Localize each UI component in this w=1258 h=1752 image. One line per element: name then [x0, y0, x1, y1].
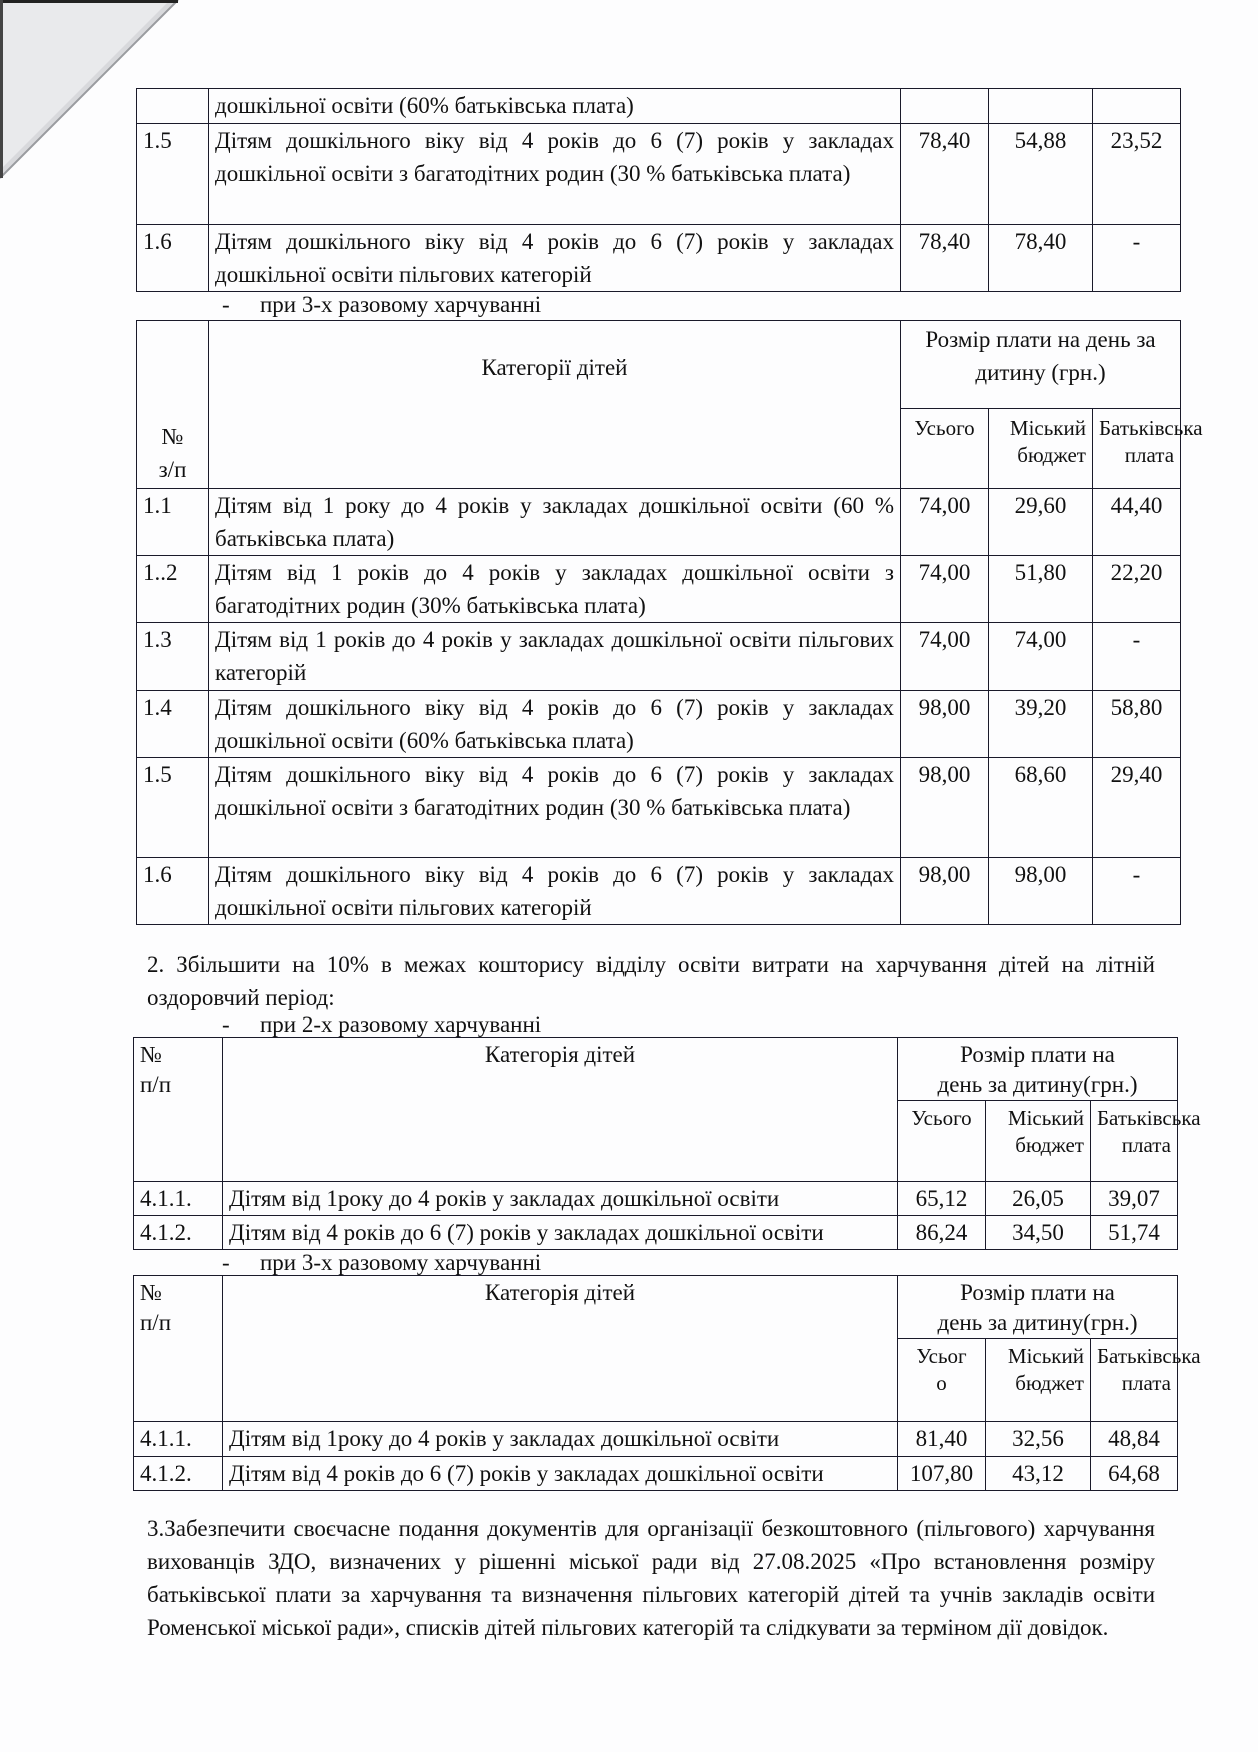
- row-number: 4.1.1.: [134, 1422, 223, 1457]
- row-category: Дітям від 1року до 4 років у закладах до…: [223, 1182, 898, 1216]
- summer-fee-table-two-meals: № п/п Категорія дітей Розмір плати на де…: [133, 1037, 1178, 1250]
- bullet-three-meals-summer: -при 3-х разовому харчуванні: [222, 1248, 541, 1278]
- row-category: Дітям від 1 року до 4 років у закладах д…: [209, 489, 901, 556]
- summer-fee-table-three-meals: № п/п Категорія дітей Розмір плати на де…: [133, 1275, 1178, 1491]
- row-total: [901, 89, 989, 124]
- header-fee-group: Розмір плати на день за дитину(грн.): [898, 1038, 1178, 1101]
- row-category: дошкільної освіти (60% батьківська плата…: [209, 89, 901, 124]
- row-total: 86,24: [898, 1216, 986, 1250]
- row-total: 98,00: [901, 858, 989, 925]
- row-category: Дітям від 4 років до 6 (7) років у закла…: [223, 1216, 898, 1250]
- row-parent-fee: 64,68: [1091, 1457, 1178, 1491]
- header-fee-group-text: Розмір плати на день за дитину(грн.): [938, 1278, 1138, 1338]
- row-number: 1.6: [137, 225, 209, 292]
- bullet-text: при 3-х разовому харчуванні: [260, 1250, 541, 1275]
- row-category: Дітям дошкільного віку від 4 років до 6 …: [209, 691, 901, 758]
- header-number: № з/п: [137, 321, 209, 489]
- header-total: Усього: [901, 409, 989, 489]
- header-city-budget: Міський бюджет: [986, 1101, 1091, 1182]
- table-row: 1.4 Дітям дошкільного віку від 4 років д…: [137, 691, 1181, 758]
- row-number: 1.5: [137, 758, 209, 858]
- row-city-budget: 98,00: [989, 858, 1093, 925]
- row-city-budget: 78,40: [989, 225, 1093, 292]
- row-number: 4.1.1.: [134, 1182, 223, 1216]
- row-number: 4.1.2.: [134, 1216, 223, 1250]
- header-city-budget: Міський бюджет: [989, 409, 1093, 489]
- row-number: 1..2: [137, 556, 209, 623]
- row-parent-fee: -: [1093, 225, 1181, 292]
- header-number: № п/п: [134, 1038, 223, 1182]
- table-row: 1.6 Дітям дошкільного віку від 4 років д…: [137, 858, 1181, 925]
- table-row: дошкільної освіти (60% батьківська плата…: [137, 89, 1181, 124]
- row-parent-fee: 22,20: [1093, 556, 1181, 623]
- row-parent-fee: [1093, 89, 1181, 124]
- header-parent-fee: Батьківська плата: [1093, 409, 1181, 489]
- table-row: 1.3 Дітям від 1 років до 4 років у закла…: [137, 623, 1181, 691]
- header-fee-group: Розмір плати на день за дитину (грн.): [901, 321, 1181, 409]
- header-number: № п/п: [134, 1276, 223, 1422]
- paragraph-3: 3.Забезпечити своєчасне подання документ…: [147, 1512, 1155, 1644]
- row-city-budget: 34,50: [986, 1216, 1091, 1250]
- row-total: 107,80: [898, 1457, 986, 1491]
- header-category: Категорія дітей: [223, 1276, 898, 1422]
- table-row: 1.5 Дітям дошкільного віку від 4 років д…: [137, 124, 1181, 225]
- bullet-two-meals: -при 2-х разовому харчуванні: [222, 1010, 541, 1040]
- header-number-text: № п/п: [140, 1040, 180, 1100]
- row-number: 1.1: [137, 489, 209, 556]
- bullet-text: при 3-х разовому харчуванні: [260, 292, 541, 317]
- table-row: 4.1.1. Дітям від 1року до 4 років у закл…: [134, 1422, 1178, 1457]
- row-city-budget: 39,20: [989, 691, 1093, 758]
- header-total: Усього: [898, 1339, 986, 1422]
- row-number: 1.5: [137, 124, 209, 225]
- row-category: Дітям від 1року до 4 років у закладах до…: [223, 1422, 898, 1457]
- row-parent-fee: 58,80: [1093, 691, 1181, 758]
- row-category: Дітям дошкільного віку від 4 років до 6 …: [209, 858, 901, 925]
- row-total: 74,00: [901, 489, 989, 556]
- dash-marker: -: [222, 1010, 260, 1040]
- row-city-budget: 32,56: [986, 1422, 1091, 1457]
- dash-marker: -: [222, 1248, 260, 1278]
- row-total: 78,40: [901, 225, 989, 292]
- row-category: Дітям від 1 років до 4 років у закладах …: [209, 623, 901, 691]
- row-parent-fee: 51,74: [1091, 1216, 1178, 1250]
- header-fee-group: Розмір плати на день за дитину(грн.): [898, 1276, 1178, 1339]
- row-category: Дітям дошкільного віку від 4 років до 6 …: [209, 124, 901, 225]
- header-number-text: № п/п: [140, 1278, 180, 1338]
- table-row: 1..2 Дітям від 1 років до 4 років у закл…: [137, 556, 1181, 623]
- row-total: 98,00: [901, 691, 989, 758]
- row-number: [137, 89, 209, 124]
- row-category: Дітям від 1 років до 4 років у закладах …: [209, 556, 901, 623]
- row-parent-fee: 44,40: [1093, 489, 1181, 556]
- row-category: Дітям дошкільного віку від 4 років до 6 …: [209, 758, 901, 858]
- fee-table-three-meals: № з/п Категорії дітей Розмір плати на де…: [136, 320, 1181, 925]
- row-total: 81,40: [898, 1422, 986, 1457]
- row-city-budget: 74,00: [989, 623, 1093, 691]
- header-fee-group-text: Розмір плати на день за дитину(грн.): [938, 1040, 1138, 1100]
- table-row: 4.1.2. Дітям від 4 років до 6 (7) років …: [134, 1457, 1178, 1491]
- fee-table-continued: дошкільної освіти (60% батьківська плата…: [136, 88, 1181, 292]
- row-city-budget: 68,60: [989, 758, 1093, 858]
- row-parent-fee: 23,52: [1093, 124, 1181, 225]
- row-total: 98,00: [901, 758, 989, 858]
- bullet-three-meals: -при 3-х разовому харчуванні: [222, 290, 541, 320]
- row-parent-fee: 39,07: [1091, 1182, 1178, 1216]
- row-parent-fee: 29,40: [1093, 758, 1181, 858]
- row-parent-fee: 48,84: [1091, 1422, 1178, 1457]
- row-city-budget: 54,88: [989, 124, 1093, 225]
- row-number: 4.1.2.: [134, 1457, 223, 1491]
- header-category: Категорії дітей: [209, 321, 901, 489]
- row-category: Дітям від 4 років до 6 (7) років у закла…: [223, 1457, 898, 1491]
- table-row: 4.1.2. Дітям від 4 років до 6 (7) років …: [134, 1216, 1178, 1250]
- table-row: 1.5 Дітям дошкільного віку від 4 років д…: [137, 758, 1181, 858]
- header-parent-fee: Батьківська плата: [1091, 1101, 1178, 1182]
- row-category: Дітям дошкільного віку від 4 років до 6 …: [209, 225, 901, 292]
- row-number: 1.6: [137, 858, 209, 925]
- row-parent-fee: -: [1093, 858, 1181, 925]
- row-number: 1.4: [137, 691, 209, 758]
- paragraph-2: 2. Збільшити на 10% в межах кошторису ві…: [147, 948, 1155, 1014]
- row-number: 1.3: [137, 623, 209, 691]
- row-parent-fee: -: [1093, 623, 1181, 691]
- header-total: Усього: [898, 1101, 986, 1182]
- row-city-budget: [989, 89, 1093, 124]
- table-row: 1.6 Дітям дошкільного віку від 4 років д…: [137, 225, 1181, 292]
- row-total: 74,00: [901, 556, 989, 623]
- header-category: Категорія дітей: [223, 1038, 898, 1182]
- header-city-budget: Міський бюджет: [986, 1339, 1091, 1422]
- row-total: 65,12: [898, 1182, 986, 1216]
- row-total: 74,00: [901, 623, 989, 691]
- row-city-budget: 51,80: [989, 556, 1093, 623]
- row-city-budget: 43,12: [986, 1457, 1091, 1491]
- row-total: 78,40: [901, 124, 989, 225]
- table-row: 1.1 Дітям від 1 року до 4 років у заклад…: [137, 489, 1181, 556]
- header-number-text: № з/п: [153, 420, 193, 486]
- header-parent-fee: Батьківська плата: [1091, 1339, 1178, 1422]
- row-city-budget: 26,05: [986, 1182, 1091, 1216]
- dash-marker: -: [222, 290, 260, 320]
- table-row: 4.1.1. Дітям від 1року до 4 років у закл…: [134, 1182, 1178, 1216]
- bullet-text: при 2-х разовому харчуванні: [260, 1012, 541, 1037]
- row-city-budget: 29,60: [989, 489, 1093, 556]
